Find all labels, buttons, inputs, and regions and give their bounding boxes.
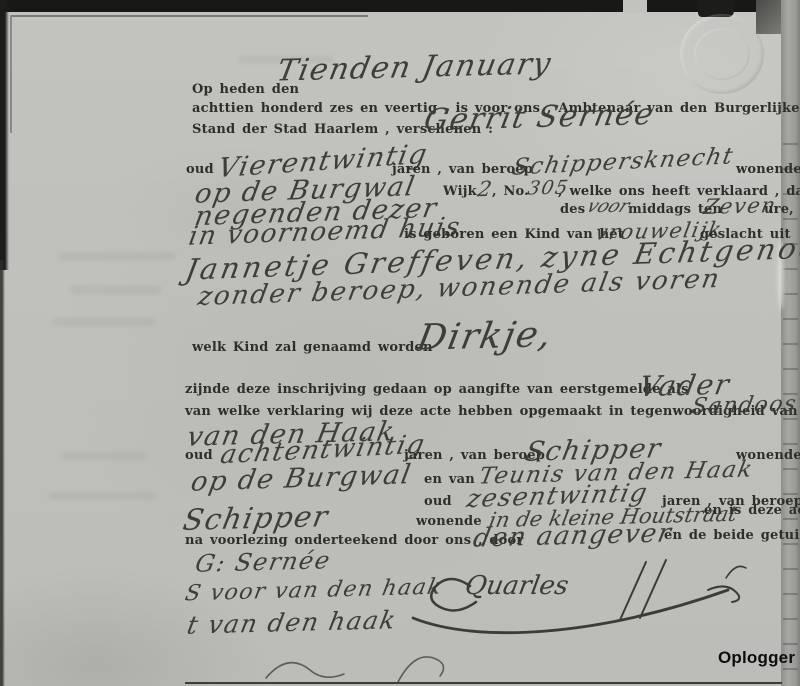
printed-oud1: oud [185, 448, 213, 463]
embossed-seal-inner-ring [694, 28, 750, 80]
scanned-birth-record: Tienden January Op heden den achttien ho… [0, 0, 800, 686]
handwritten-witness1-address: op de Burgwal [189, 459, 415, 498]
inner-frame-line-vertical [10, 15, 12, 133]
bleed-through-smudge [70, 286, 162, 294]
handwritten-date: Tienden January [274, 46, 555, 88]
printed-wijk: Wijk [443, 184, 477, 199]
handwritten-witness1-name: Sandoos [689, 392, 799, 420]
printed-wonende2: wonende [416, 514, 482, 529]
printed-aangifte: zijnde deze inschrijving gedaan op aangi… [185, 382, 689, 397]
printed-child-label: welk Kind zal genaamd worden [192, 340, 433, 355]
bleed-through-smudge [52, 318, 156, 326]
oplogger-watermark: Oplogger [718, 648, 795, 668]
next-entry-flourish [248, 648, 548, 686]
bottom-rule-line [185, 682, 782, 684]
printed-wonende: wonende [736, 162, 800, 177]
handwritten-daypart: voor [583, 196, 633, 217]
printed-ure: ure, [764, 202, 794, 217]
printed-no: , No. [492, 184, 529, 199]
registrar-signature: Quarles [408, 548, 758, 643]
printed-oud2: oud [424, 494, 452, 509]
printed-op-heden-den: Op heden den [192, 82, 299, 97]
scan-left-edge-lower [0, 260, 5, 686]
inner-frame-line-horizontal [12, 15, 368, 17]
bleed-through-smudge [62, 452, 148, 460]
printed-des: des [560, 202, 585, 217]
bleed-through-smudge [48, 492, 158, 500]
printed-getuigen: en de beide getuigen. [664, 528, 800, 543]
scan-top-edge-gap [623, 0, 647, 13]
handwritten-occupation: Schippersknecht [510, 143, 736, 180]
printed-deze-acte: en is deze acte [704, 503, 800, 518]
signature-witness1: S voor van den haak [183, 575, 445, 607]
signature-declarant: G: Sernée [193, 546, 333, 578]
handwritten-declarant-name: Gerrit Sernée [421, 97, 657, 138]
printed-oud: oud [186, 162, 214, 177]
printed-en-van: en van [424, 472, 475, 487]
signature-witness2: t van den haak [185, 605, 399, 639]
handwritten-child-name: Dirkje, [414, 314, 556, 358]
scan-left-edge [0, 0, 9, 270]
handwritten-witness2-occupation: Schipper [180, 499, 331, 537]
bleed-through-smudge [58, 252, 176, 261]
svg-text:Quarles: Quarles [463, 571, 571, 601]
scan-top-edge [0, 0, 800, 12]
